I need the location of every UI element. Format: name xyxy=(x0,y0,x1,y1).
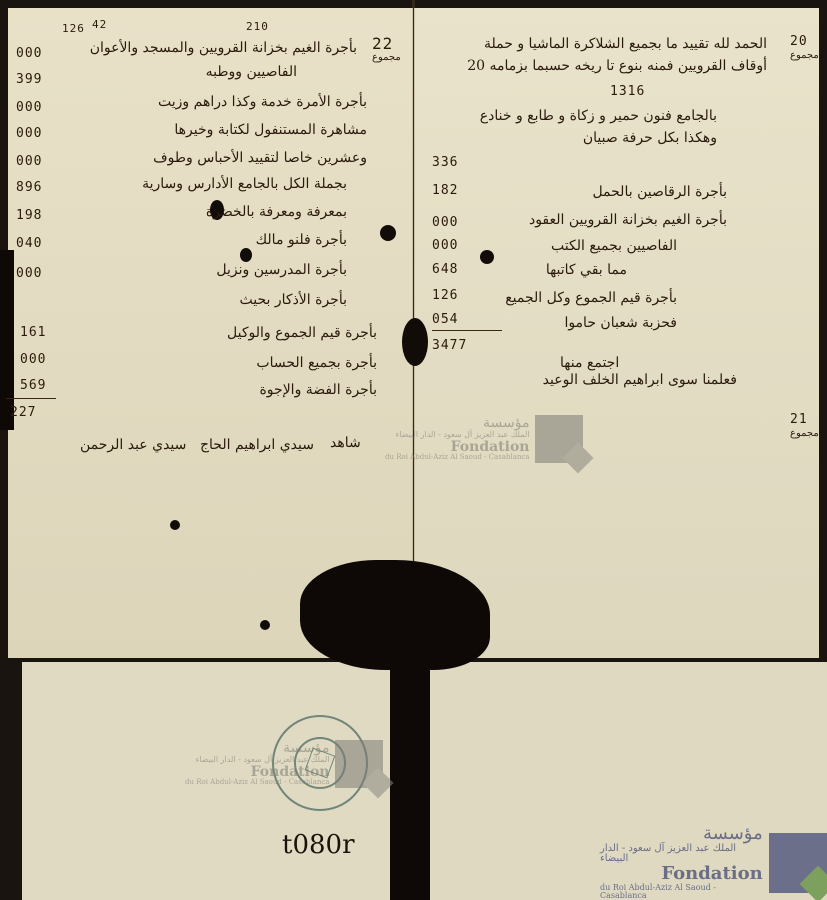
amount: 000 xyxy=(16,46,42,61)
hole xyxy=(402,318,428,366)
text-line: بأجرة الغيم بخزانة القرويين العقود xyxy=(529,212,727,228)
amount: 000 xyxy=(432,215,458,230)
text-line: وهكذا بكل حرفة صبيان xyxy=(583,130,717,146)
watermark-arabic-sub: الملك عبد العزيز آل سعود - الدار البيضاء xyxy=(600,844,763,865)
foundation-logo-icon xyxy=(769,833,827,893)
hole xyxy=(260,620,270,630)
catalog-number: t080r xyxy=(282,830,355,860)
page-marker: 21 xyxy=(790,412,808,427)
amount: 896 xyxy=(16,180,42,195)
amount: 161 xyxy=(20,325,46,340)
watermark-center: مؤسسة الملك عبد العزيز آل سعود - الدار ا… xyxy=(385,415,583,463)
text-line: بأجرة الفضة والإجوة xyxy=(259,382,377,398)
text-line: بأجرة قيم الجموع وكل الجميع xyxy=(505,290,677,306)
watermark-corner-logo: مؤسسة الملك عبد العزيز آل سعود - الدار ا… xyxy=(600,825,827,900)
amount: 000 xyxy=(16,266,42,281)
watermark-french-sub: du Roi Abdul-Aziz Al Saoud - Casablanca xyxy=(385,454,529,461)
amount: 054 xyxy=(432,312,458,327)
text-line: مما بقي كاتبها xyxy=(546,262,627,278)
amount: 399 xyxy=(16,72,42,87)
edge-damage xyxy=(0,250,14,430)
text-line: فحزبة شعبان حاموا xyxy=(564,315,677,331)
amount: 126 xyxy=(432,288,458,303)
text-line: بأجرة بجميع الحساب xyxy=(256,355,377,371)
top-number: 126 xyxy=(62,22,85,35)
text-line: بجملة الكل بالجامع الأدارس وسارية xyxy=(142,176,347,192)
year: 1316 xyxy=(610,84,645,99)
star-icon xyxy=(800,865,827,900)
text-line: بأجرة قيم الجموع والوكيل xyxy=(227,325,377,341)
amount: 000 xyxy=(20,352,46,367)
signature: شاهد xyxy=(330,435,361,451)
amount: 336 xyxy=(432,155,458,170)
signature: سيدي ابراهيم الحاج xyxy=(200,437,314,453)
amount: 000 xyxy=(16,100,42,115)
amount: 000 xyxy=(16,154,42,169)
hole xyxy=(240,248,252,262)
amount: 000 xyxy=(432,238,458,253)
watermark-french: Fondation xyxy=(251,765,330,780)
amount: 040 xyxy=(16,236,42,251)
text-line: وعشرين خاصا لتقييد الأحباس وطوف xyxy=(153,150,367,166)
total-amount: 3477 xyxy=(432,338,467,353)
text-line: مشاهرة المستنفول لكتابة وخيرها xyxy=(174,122,367,138)
page-marker: 22 xyxy=(372,34,393,53)
watermark-arabic: مؤسسة xyxy=(283,741,329,756)
sum-line xyxy=(432,330,502,331)
amount: 182 xyxy=(432,183,458,198)
page-marker: 20 xyxy=(790,34,808,49)
amount: 198 xyxy=(16,208,42,223)
text-line: بأجرة الأمرة خدمة وكذا دراهم وزيت xyxy=(158,94,367,110)
amount: 569 xyxy=(20,378,46,393)
text-line: بأجرة الرقاصين بالحمل xyxy=(592,184,727,200)
text-line: بأجرة المدرسين ونزيل xyxy=(216,262,347,278)
text-line: الحمد لله تقييد ما بجميع الشلاكرة الماشي… xyxy=(484,36,767,52)
text-line: بأجرة الأذكار بحيث xyxy=(240,292,347,308)
watermark-bottom-left: مؤسسة الملك عبد العزيز آل سعود - الدار ا… xyxy=(185,740,383,788)
text-line: بمعرفة ومعرفة بالخضرة xyxy=(206,204,347,220)
hole xyxy=(170,520,180,530)
watermark-french-sub: du Roi Abdul-Aziz Al Saoud - Casablanca xyxy=(185,779,329,786)
text-line: الفاصيين بجميع الكتب xyxy=(551,238,677,254)
torn-edge xyxy=(390,660,430,900)
foundation-logo-icon xyxy=(335,740,383,788)
total-amount: 227 xyxy=(10,405,36,420)
text-line: أوقاف القرويين فمنه بنوع تا ريخه حسبما ب… xyxy=(467,58,767,74)
page-marker-label: مجموع xyxy=(790,50,819,61)
watermark-arabic: مؤسسة xyxy=(483,416,529,431)
watermark-french: Fondation xyxy=(451,440,530,455)
text-line: بأجرة الغيم بخزانة القرويين والمسجد والأ… xyxy=(90,40,357,56)
page-marker-label: مجموع xyxy=(790,428,819,439)
page-marker-label: مجموع xyxy=(372,52,401,63)
ink-damage xyxy=(300,560,490,670)
top-number: 42 xyxy=(92,18,107,31)
hole xyxy=(480,250,494,264)
signature: سيدي عبد الرحمن xyxy=(80,437,186,453)
text-line: الفاصيين ووطبه xyxy=(206,64,297,80)
top-number: 210 xyxy=(246,20,269,33)
foundation-logo-icon xyxy=(535,415,583,463)
hole xyxy=(380,225,396,241)
summary-line: اجتمع منها xyxy=(560,355,619,371)
sum-line xyxy=(6,398,56,399)
closing-line: فعلمنا سوى ابراهيم الخلف الوعيد xyxy=(543,372,737,388)
watermark-french: Fondation xyxy=(661,865,762,884)
text-line: بأجرة فلنو مالك xyxy=(256,232,347,248)
amount: 000 xyxy=(16,126,42,141)
right-page xyxy=(414,8,819,658)
watermark-french-sub: du Roi Abdul-Aziz Al Saoud - Casablanca xyxy=(600,884,763,900)
text-line: بالجامع فنون حمير و زكاة و طابع و خنادع xyxy=(480,108,717,124)
amount: 648 xyxy=(432,262,458,277)
watermark-arabic: مؤسسة xyxy=(703,825,763,844)
